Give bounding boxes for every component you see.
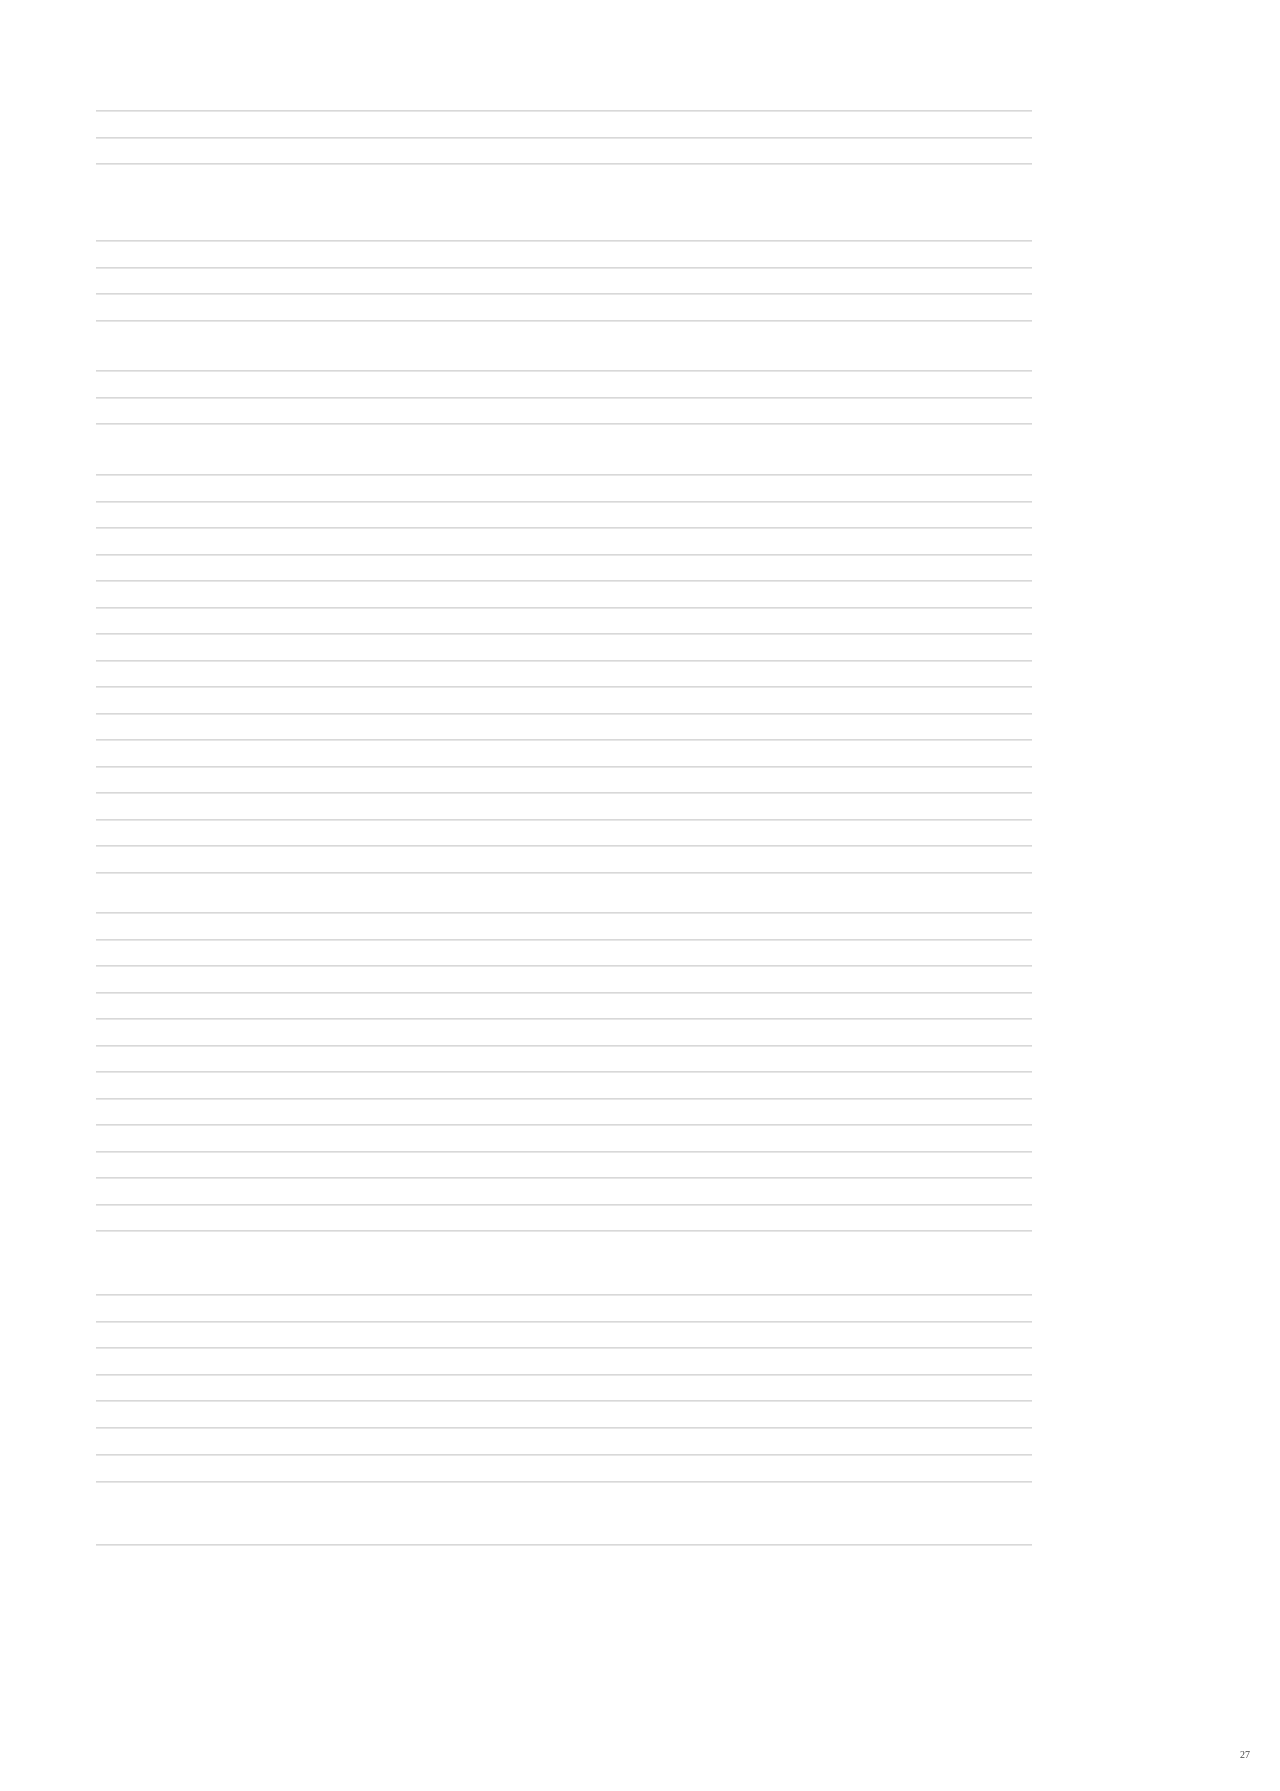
text-line: ――――――――――――――――――――――――――――――――――――――――… xyxy=(96,674,1156,701)
text-line: ――――――――――――――――――――――――――――――――――――――――… xyxy=(96,125,1156,152)
text-line: ――――――――――――――――――――――――――――――――――――――――… xyxy=(96,1112,1156,1139)
text-line: ――――――――――――――――――――――――――――――――――――――――… xyxy=(96,980,1156,1007)
text-line: ――――――――――――――――――――――――――――――――――――――――… xyxy=(96,1165,1156,1192)
paragraph-2: ――――――――――――――――――――――――――――――――――――――――… xyxy=(96,228,1156,334)
text-line: ――――――――――――――――――――――――――――――――――――――――… xyxy=(96,462,1156,489)
text-line: ――――――――――――――――――――――――――――――――――――――――… xyxy=(96,358,1156,385)
text-line: ――――――――――――――――――――――――――――――――――――――――… xyxy=(96,1309,1156,1336)
paragraph-1: ――――――――――――――――――――――――――――――――――――――――… xyxy=(96,98,1156,178)
text-line: ――――――――――――――――――――――――――――――――――――――――… xyxy=(96,727,1156,754)
text-line: ――――――――――――――――――――――――――――――――――――――――… xyxy=(96,411,1156,438)
text-line: ――――――――――――――――――――――――――――――――――――――――… xyxy=(96,515,1156,542)
text-line: ――――――――――――――――――――――――――――――――――――――――… xyxy=(96,1192,1156,1219)
paragraph-8: ――――――――――――――――――――――――――――――――――――――――… xyxy=(96,1532,1156,1559)
text-line: ――――――――――――――――――――――――――――――――――――――――… xyxy=(96,1469,1156,1496)
text-line: ――――――――――――――――――――――――――――――――――――――――… xyxy=(96,1532,1156,1559)
text-line: ――――――――――――――――――――――――――――――――――――――――… xyxy=(96,385,1156,412)
paragraph-6: ――――――――――――――――――――――――――――――――――――――――… xyxy=(96,1282,1156,1441)
text-line: ――――――――――――――――――――――――――――――――――――――――… xyxy=(96,927,1156,954)
page-number: 27 xyxy=(1240,1750,1250,1761)
paragraph-3: ――――――――――――――――――――――――――――――――――――――――… xyxy=(96,358,1156,438)
text-line: ――――――――――――――――――――――――――――――――――――――――… xyxy=(96,1086,1156,1113)
text-line: ――――――――――――――――――――――――――――――――――――――――… xyxy=(96,1388,1156,1415)
text-line: ――――――――――――――――――――――――――――――――――――――――… xyxy=(96,98,1156,125)
document-page: ――――――――――――――――――――――――――――――――――――――――… xyxy=(0,0,1280,1791)
text-line: ――――――――――――――――――――――――――――――――――――――――… xyxy=(96,953,1156,980)
text-line: ――――――――――――――――――――――――――――――――――――――――… xyxy=(96,595,1156,622)
text-line: ――――――――――――――――――――――――――――――――――――――――… xyxy=(96,900,1156,927)
text-line: ――――――――――――――――――――――――――――――――――――――――… xyxy=(96,621,1156,648)
text-line: ――――――――――――――――――――――――――――――――――――――――… xyxy=(96,754,1156,781)
text-line: ――――――――――――――――――――――――――――――――――――――――… xyxy=(96,281,1156,308)
text-line: ――――――――――――――――――――――――――――――――――――――――… xyxy=(96,648,1156,675)
text-line: ――――――――――――――――――――――――――――――――――――――――… xyxy=(96,228,1156,255)
text-line: ――――――――――――――――――――――――――――――――――――――――… xyxy=(96,860,1156,887)
text-line: ――――――――――――――――――――――――――――――――――――――――… xyxy=(96,489,1156,516)
text-line: ――――――――――――――――――――――――――――――――――――――――… xyxy=(96,1218,1156,1245)
text-line: ――――――――――――――――――――――――――――――――――――――――… xyxy=(96,151,1156,178)
paragraph-5: ――――――――――――――――――――――――――――――――――――――――… xyxy=(96,900,1156,1245)
text-line: ――――――――――――――――――――――――――――――――――――――――… xyxy=(96,807,1156,834)
text-line: ――――――――――――――――――――――――――――――――――――――――… xyxy=(96,780,1156,807)
text-line: ――――――――――――――――――――――――――――――――――――――――… xyxy=(96,1335,1156,1362)
text-line: ――――――――――――――――――――――――――――――――――――――――… xyxy=(96,1139,1156,1166)
text-line: ――――――――――――――――――――――――――――――――――――――――… xyxy=(96,568,1156,595)
text-line: ――――――――――――――――――――――――――――――――――――――――… xyxy=(96,1059,1156,1086)
text-line: ――――――――――――――――――――――――――――――――――――――――… xyxy=(96,255,1156,282)
text-line: ――――――――――――――――――――――――――――――――――――――――… xyxy=(96,1362,1156,1389)
text-line: ――――――――――――――――――――――――――――――――――――――――… xyxy=(96,1006,1156,1033)
text-line: ――――――――――――――――――――――――――――――――――――――――… xyxy=(96,308,1156,335)
text-line: ――――――――――――――――――――――――――――――――――――――――… xyxy=(96,1282,1156,1309)
text-line: ――――――――――――――――――――――――――――――――――――――――… xyxy=(96,1033,1156,1060)
text-line: ――――――――――――――――――――――――――――――――――――――――… xyxy=(96,542,1156,569)
paragraph-4: ――――――――――――――――――――――――――――――――――――――――… xyxy=(96,462,1156,886)
text-line: ――――――――――――――――――――――――――――――――――――――――… xyxy=(96,701,1156,728)
paragraph-7: ――――――――――――――――――――――――――――――――――――――――… xyxy=(96,1442,1156,1495)
text-line: ――――――――――――――――――――――――――――――――――――――――… xyxy=(96,833,1156,860)
text-line: ――――――――――――――――――――――――――――――――――――――――… xyxy=(96,1442,1156,1469)
text-line: ――――――――――――――――――――――――――――――――――――――――… xyxy=(96,1415,1156,1442)
